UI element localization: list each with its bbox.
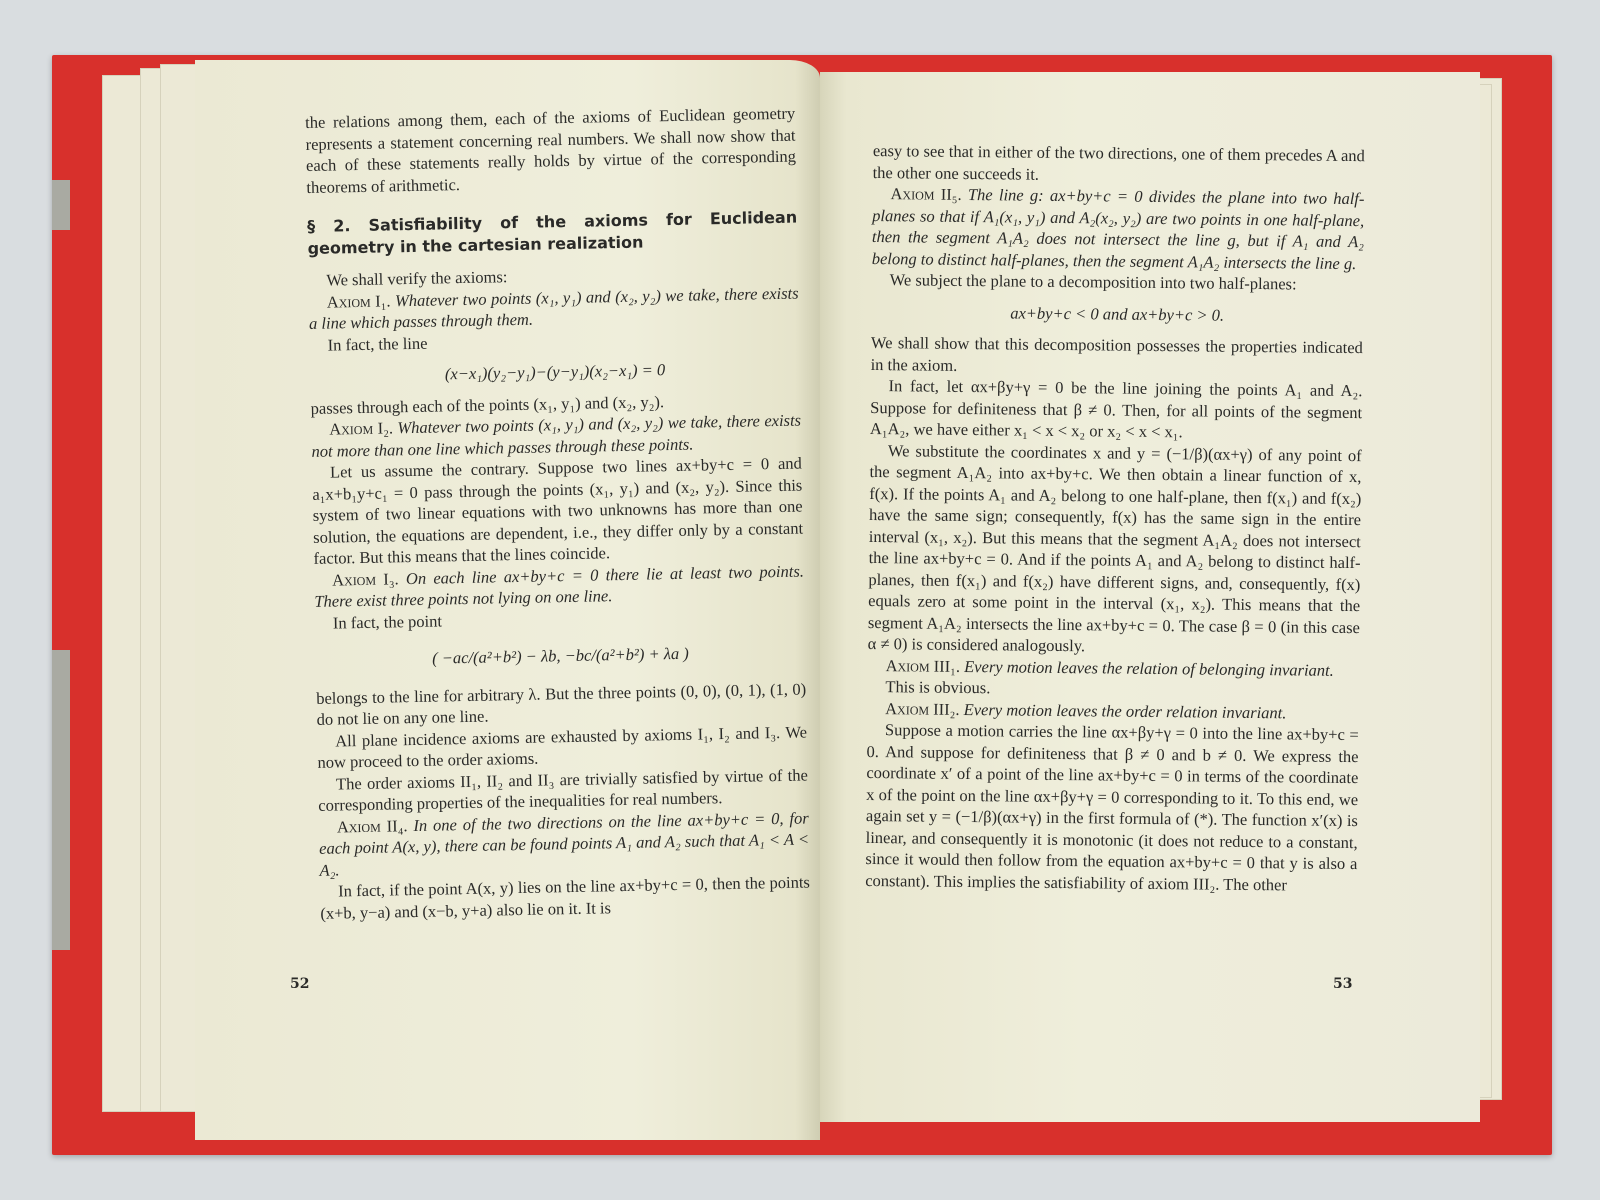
continuation-paragraph: easy to see that in either of the two di…: [873, 140, 1365, 188]
intro-paragraph: the relations among them, each of the ax…: [305, 103, 797, 198]
suppose-paragraph: Suppose a motion carries the line αx+βy+…: [865, 719, 1359, 896]
axiom-ii4: Axiom II₄. In one of the two directions …: [319, 807, 810, 881]
substitute-paragraph: We substitute the coordinates x and y = …: [868, 439, 1362, 659]
axiom-statement: Every motion leaves the relation of belo…: [964, 656, 1334, 679]
equation-line: (x−x₁)(y₂−y₁)−(y−y₁)(x₂−x₁) = 0: [310, 357, 800, 388]
axiom-label: Axiom III₁.: [886, 656, 961, 676]
axiom-label: Axiom III₂.: [885, 699, 960, 719]
equation-point: ( −ac/(a²+b²) − λb, −bc/(a²+b²) + λa ): [315, 640, 805, 671]
axiom-label: Axiom I₂.: [329, 418, 393, 438]
section-heading: § 2. Satisfiability of the axioms for Eu…: [307, 207, 798, 260]
axiom-label: Axiom II₅.: [890, 184, 961, 204]
page-number-left: 52: [290, 976, 309, 992]
axiom-label: Axiom I₃.: [332, 569, 399, 589]
show-paragraph: We shall show that this decomposition po…: [871, 332, 1363, 380]
equation-halfplanes: ax+by+c < 0 and ax+by+c > 0.: [871, 300, 1363, 327]
axiom-ii5: Axiom II₅. The line g: ax+by+c = 0 divid…: [872, 183, 1365, 274]
axiom-statement: Every motion leaves the order relation i…: [964, 699, 1287, 721]
axiom-label: Axiom I₁.: [327, 291, 391, 311]
axiom-label: Axiom II₄.: [337, 816, 408, 836]
contrary-paragraph: Let us assume the contrary. Suppose two …: [312, 453, 804, 570]
cover-tape-top: [52, 180, 70, 230]
in-fact-paragraph: In fact, let αx+βy+γ = 0 be the line joi…: [870, 375, 1363, 445]
right-page-text: easy to see that in either of the two di…: [865, 140, 1365, 896]
left-page-text: the relations among them, each of the ax…: [305, 103, 810, 924]
cover-tape-bottom: [52, 650, 70, 950]
page-number-right: 53: [1333, 976, 1352, 992]
subject-paragraph: We subject the plane to a decomposition …: [871, 269, 1363, 296]
